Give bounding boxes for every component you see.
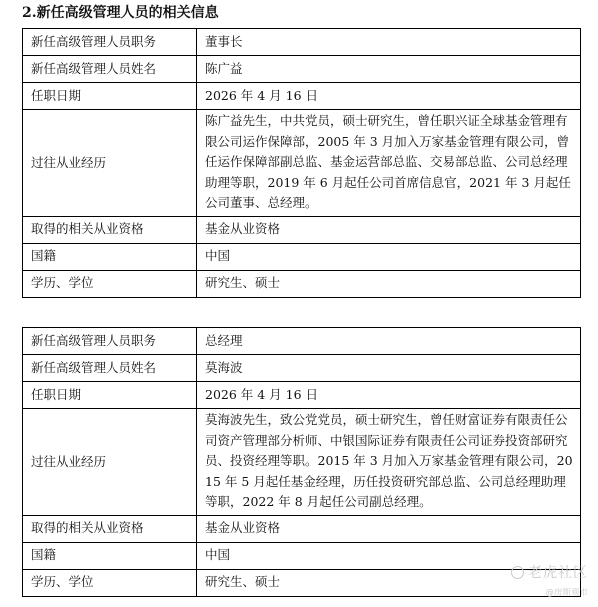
- row-label-start-date: 任职日期: [23, 83, 197, 110]
- row-label-experience: 过往从业经历: [23, 409, 197, 516]
- row-label-nationality: 国籍: [23, 542, 197, 569]
- table-row: 新任高级管理人员姓名 莫海波: [23, 355, 581, 382]
- row-value-start-date: 2026 年 4 月 16 日: [197, 83, 581, 110]
- row-value-experience: 莫海波先生，致公党党员，硕士研究生，曾任财富证券有限责任公司资产管理部分析师、中…: [197, 409, 581, 516]
- row-value-education: 研究生、硕士: [197, 569, 581, 596]
- section-title: 2.新任高级管理人员的相关信息: [22, 4, 219, 22]
- executive-info-table-general-manager: 新任高级管理人员职务 总经理 新任高级管理人员姓名 莫海波 任职日期 2026 …: [22, 327, 581, 597]
- row-label-name: 新任高级管理人员姓名: [23, 56, 197, 83]
- table-row: 国籍 中国: [23, 243, 581, 270]
- row-label-qualification: 取得的相关从业资格: [23, 216, 197, 243]
- row-value-start-date: 2026 年 4 月 16 日: [197, 382, 581, 409]
- row-value-experience: 陈广益先生，中共党员，硕士研究生，曾任职兴证全球基金管理有限公司运作保障部，20…: [197, 110, 581, 217]
- executive-info-table-chairman: 新任高级管理人员职务 董事长 新任高级管理人员姓名 陈广益 任职日期 2026 …: [22, 28, 581, 298]
- table-row: 新任高级管理人员职务 总经理: [23, 328, 581, 355]
- row-value-nationality: 中国: [197, 243, 581, 270]
- table-row: 过往从业经历 莫海波先生，致公党党员，硕士研究生，曾任财富证券有限责任公司资产管…: [23, 409, 581, 516]
- row-label-start-date: 任职日期: [23, 382, 197, 409]
- table-row: 任职日期 2026 年 4 月 16 日: [23, 382, 581, 409]
- table-row: 学历、学位 研究生、硕士: [23, 270, 581, 297]
- table-row: 学历、学位 研究生、硕士: [23, 569, 581, 596]
- row-value-qualification: 基金从业资格: [197, 216, 581, 243]
- table-row: 取得的相关从业资格 基金从业资格: [23, 216, 581, 243]
- row-label-name: 新任高级管理人员姓名: [23, 355, 197, 382]
- row-value-nationality: 中国: [197, 542, 581, 569]
- row-label-position: 新任高级管理人员职务: [23, 29, 197, 56]
- row-label-experience: 过往从业经历: [23, 110, 197, 217]
- table-row: 新任高级管理人员职务 董事长: [23, 29, 581, 56]
- table-row: 过往从业经历 陈广益先生，中共党员，硕士研究生，曾任职兴证全球基金管理有限公司运…: [23, 110, 581, 217]
- row-label-nationality: 国籍: [23, 243, 197, 270]
- row-value-name: 陈广益: [197, 56, 581, 83]
- row-label-position: 新任高级管理人员职务: [23, 328, 197, 355]
- table-row: 国籍 中国: [23, 542, 581, 569]
- row-label-education: 学历、学位: [23, 270, 197, 297]
- table-row: 新任高级管理人员姓名 陈广益: [23, 56, 581, 83]
- row-value-education: 研究生、硕士: [197, 270, 581, 297]
- row-value-position: 董事长: [197, 29, 581, 56]
- row-value-qualification: 基金从业资格: [197, 515, 581, 542]
- table-row: 任职日期 2026 年 4 月 16 日: [23, 83, 581, 110]
- row-value-position: 总经理: [197, 328, 581, 355]
- row-value-name: 莫海波: [197, 355, 581, 382]
- row-label-education: 学历、学位: [23, 569, 197, 596]
- row-label-qualification: 取得的相关从业资格: [23, 515, 197, 542]
- table-row: 取得的相关从业资格 基金从业资格: [23, 515, 581, 542]
